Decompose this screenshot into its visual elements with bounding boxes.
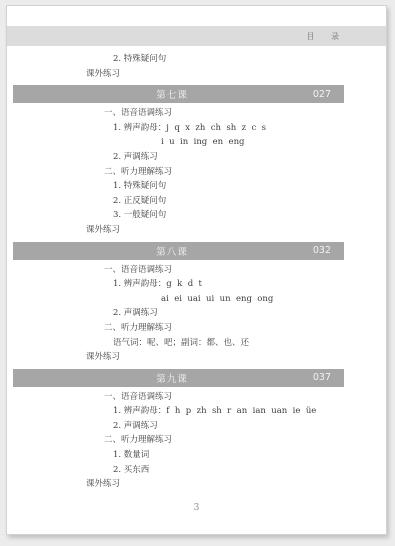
lesson-page-number: 032 — [291, 245, 344, 256]
toc-line: 3. 一般疑问句 — [7, 208, 386, 223]
toc-header-band: 目 录 — [7, 26, 386, 46]
page-number: 3 — [7, 503, 386, 513]
toc-line: i u in ing en eng — [7, 135, 386, 150]
toc-line: 课外练习 — [7, 223, 386, 238]
toc-line: 一、语音语调练习 — [7, 263, 386, 278]
toc-content: 2. 特殊疑问句课外练习第七课027一、语音语调练习1. 辨声韵母：j q x … — [7, 52, 386, 492]
toc-line: 2. 正反疑问句 — [7, 194, 386, 209]
toc-line: 二、听力理解练习 — [7, 321, 386, 336]
toc-line: 1. 特殊疑问句 — [7, 179, 386, 194]
lesson-page-number: 027 — [291, 89, 344, 100]
toc-line: 1. 辨声韵母：g k d t — [7, 277, 386, 292]
toc-line: 一、语音语调练习 — [7, 106, 386, 121]
lesson-page-number: 037 — [291, 372, 344, 383]
lesson-banner: 第八课032 — [13, 242, 344, 260]
toc-line: 2. 声调练习 — [7, 306, 386, 321]
toc-line: 2. 买东西 — [7, 463, 386, 478]
toc-line: 1. 辨声韵母：j q x zh ch sh z c s — [7, 121, 386, 136]
lesson-banner: 第九课037 — [13, 369, 344, 387]
lesson-title: 第七课 — [53, 87, 291, 101]
toc-header-label: 目 录 — [306, 31, 346, 42]
toc-line: 语气词：呢、吧；副词：都、也、还 — [7, 336, 386, 351]
lesson-title: 第九课 — [53, 371, 291, 385]
toc-line: 2. 声调练习 — [7, 150, 386, 165]
toc-line: 课外练习 — [7, 67, 386, 82]
toc-line: 1. 辨声韵母：f h p zh sh r an ian uan ie üe — [7, 404, 386, 419]
toc-line: 课外练习 — [7, 477, 386, 492]
toc-line: 一、语音语调练习 — [7, 390, 386, 405]
lesson-title: 第八课 — [53, 244, 291, 258]
toc-line: 2. 声调练习 — [7, 419, 386, 434]
toc-line: 二、听力理解练习 — [7, 433, 386, 448]
toc-line: ai ei uai ui un eng ong — [7, 292, 386, 307]
toc-line: 2. 特殊疑问句 — [7, 52, 386, 67]
toc-line: 1. 数量词 — [7, 448, 386, 463]
document-page: 目 录 2. 特殊疑问句课外练习第七课027一、语音语调练习1. 辨声韵母：j … — [6, 5, 387, 535]
lesson-banner: 第七课027 — [13, 85, 344, 103]
toc-line: 二、听力理解练习 — [7, 165, 386, 180]
toc-line: 课外练习 — [7, 350, 386, 365]
